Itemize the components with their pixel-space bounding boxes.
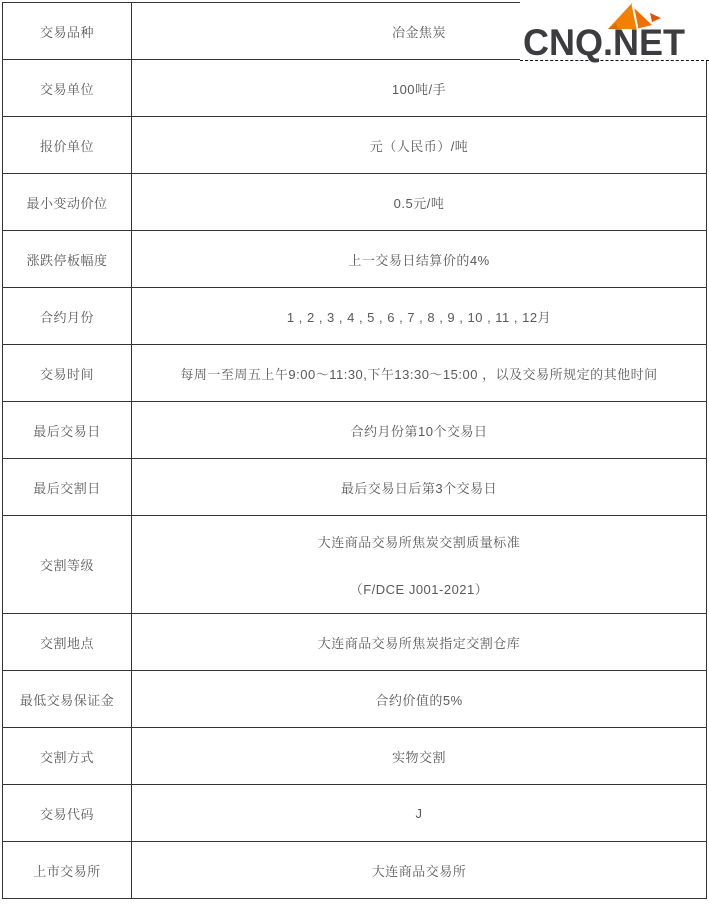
row-value: 实物交割 (132, 728, 707, 785)
table-row: 合约月份1 , 2 , 3 , 4 , 5 , 6 , 7 , 8 , 9 , … (3, 288, 707, 345)
contract-spec-table: 交易品种冶金焦炭交易单位100吨/手报价单位元（人民币）/吨最小变动价位0.5元… (2, 2, 707, 899)
row-label: 交割方式 (3, 728, 132, 785)
table-row: 交易时间每周一至周五上午9:00～11:30,下午13:30～15:00 ，以及… (3, 345, 707, 402)
row-label: 交易单位 (3, 60, 132, 117)
row-value: 大连商品交易所 (132, 842, 707, 899)
row-value: 元（人民币）/吨 (132, 117, 707, 174)
table-row: 报价单位元（人民币）/吨 (3, 117, 707, 174)
table-row: 涨跌停板幅度上一交易日结算价的4% (3, 231, 707, 288)
table-row: 最低交易保证金合约价值的5% (3, 671, 707, 728)
row-label: 最后交割日 (3, 459, 132, 516)
table-row: 最小变动价位0.5元/吨 (3, 174, 707, 231)
row-value: 合约价值的5% (132, 671, 707, 728)
table-row: 交割方式实物交割 (3, 728, 707, 785)
row-value: 100吨/手 (132, 60, 707, 117)
row-value: 0.5元/吨 (132, 174, 707, 231)
table-row: 交割地点大连商品交易所焦炭指定交割仓库 (3, 614, 707, 671)
table-row: 上市交易所大连商品交易所 (3, 842, 707, 899)
row-value: 1 , 2 , 3 , 4 , 5 , 6 , 7 , 8 , 9 , 10 ,… (132, 288, 707, 345)
site-logo[interactable]: CNQ.NET (520, 0, 709, 61)
page: 交易品种冶金焦炭交易单位100吨/手报价单位元（人民币）/吨最小变动价位0.5元… (0, 0, 709, 905)
row-value: J (132, 785, 707, 842)
row-label: 交割地点 (3, 614, 132, 671)
row-value: 最后交易日后第3个交易日 (132, 459, 707, 516)
row-label: 最低交易保证金 (3, 671, 132, 728)
table-row: 最后交易日合约月份第10个交易日 (3, 402, 707, 459)
table-row: 交易代码J (3, 785, 707, 842)
row-value: 上一交易日结算价的4% (132, 231, 707, 288)
table-row: 最后交割日最后交易日后第3个交易日 (3, 459, 707, 516)
site-logo-text: CNQ.NET (523, 24, 685, 61)
row-label: 交割等级 (3, 516, 132, 614)
row-label: 交易代码 (3, 785, 132, 842)
row-label: 交易品种 (3, 3, 132, 60)
row-value-line: 大连商品交易所焦炭交割质量标准 (136, 532, 702, 551)
row-value: 合约月份第10个交易日 (132, 402, 707, 459)
row-value-line: （F/DCE J001-2021） (136, 579, 702, 598)
row-label: 最小变动价位 (3, 174, 132, 231)
row-label: 合约月份 (3, 288, 132, 345)
row-label: 最后交易日 (3, 402, 132, 459)
row-label: 交易时间 (3, 345, 132, 402)
row-value: 每周一至周五上午9:00～11:30,下午13:30～15:00 ，以及交易所规… (132, 345, 707, 402)
row-label: 报价单位 (3, 117, 132, 174)
spec-table-body: 交易品种冶金焦炭交易单位100吨/手报价单位元（人民币）/吨最小变动价位0.5元… (3, 3, 707, 899)
row-value: 大连商品交易所焦炭指定交割仓库 (132, 614, 707, 671)
row-label: 涨跌停板幅度 (3, 231, 132, 288)
row-value: 大连商品交易所焦炭交割质量标准（F/DCE J001-2021） (132, 516, 707, 614)
table-row: 交易单位100吨/手 (3, 60, 707, 117)
table-row: 交割等级大连商品交易所焦炭交割质量标准（F/DCE J001-2021） (3, 516, 707, 614)
row-label: 上市交易所 (3, 842, 132, 899)
